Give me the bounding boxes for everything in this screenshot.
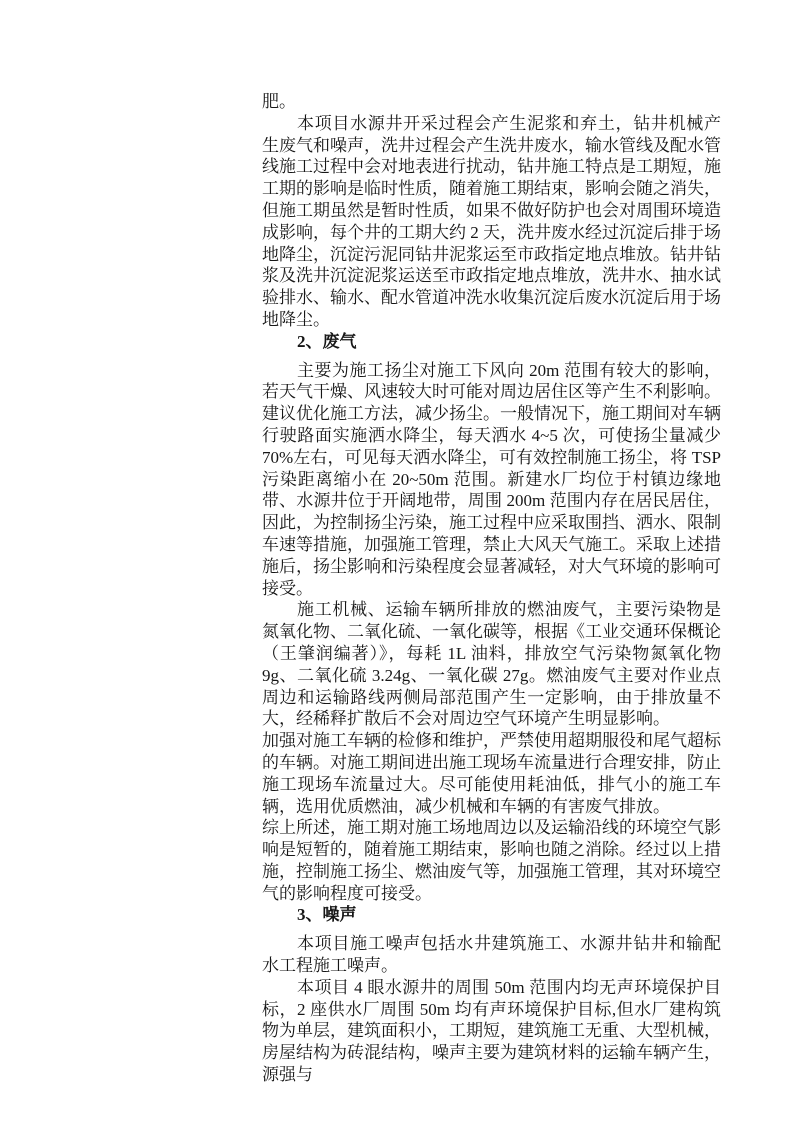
paragraph-air-summary: 综上所述，施工期对施工场地周边以及运输沿线的环境空气影响是短暂的，随着施工期结束… [262, 817, 721, 904]
text-block: 肥。 本项目水源井开采过程会产生泥浆和弃土，钻井机械产生废气和噪声，洗井过程会产… [262, 91, 721, 1086]
document-page: 肥。 本项目水源井开采过程会产生泥浆和弃土，钻井机械产生废气和噪声，洗井过程会产… [0, 0, 793, 1122]
paragraph-fuel-exhaust: 施工机械、运输车辆所排放的燃油废气，主要污染物是氮氧化物、二氧化硫、一氧化碳等，… [262, 599, 721, 730]
section-heading-waste-gas: 2、废气 [262, 331, 721, 353]
paragraph-vehicle-maintenance: 加强对施工车辆的检修和维护，严禁使用超期服役和尾气超标的车辆。对施工期间进出施工… [262, 730, 721, 817]
paragraph-tail: 肥。 [262, 91, 721, 113]
paragraph-noise-scope: 本项目施工噪声包括水井建筑施工、水源井钻井和输配水工程施工噪声。 [262, 933, 721, 977]
paragraph-construction-impact: 本项目水源井开采过程会产生泥浆和弃土，钻井机械产生废气和噪声，洗井过程会产生洗井… [262, 113, 721, 331]
paragraph-dust-impact: 主要为施工扬尘对施工下风向 20m 范围有较大的影响，若天气干燥、风速较大时可能… [262, 360, 721, 600]
paragraph-noise-targets: 本项目 4 眼水源井的周围 50m 范围内均无声环境保护目标，2 座供水厂周围 … [262, 977, 721, 1086]
section-heading-noise: 3、噪声 [262, 904, 721, 926]
